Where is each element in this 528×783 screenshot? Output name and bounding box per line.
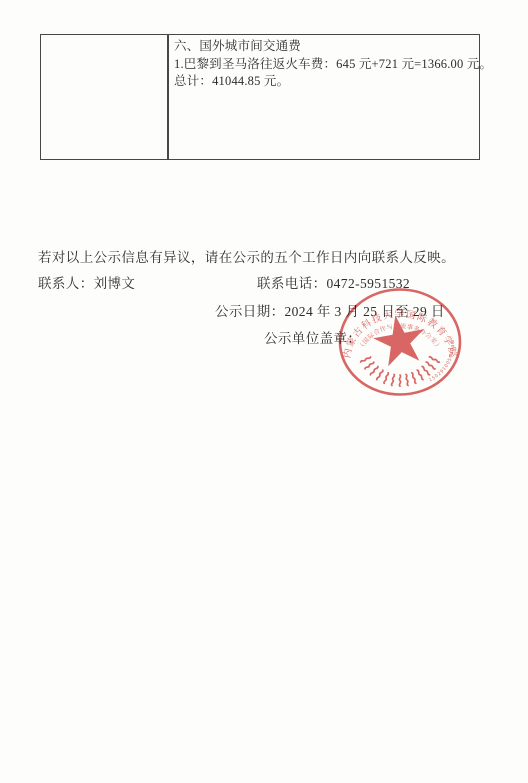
scanned-document-page: 六、国外城市间交通费 1.巴黎到圣马洛往返火车费：645 元+721 元=136…	[0, 0, 528, 783]
table-left-cell	[41, 35, 167, 159]
table-right-cell: 六、国外城市间交通费 1.巴黎到圣马洛往返火车费：645 元+721 元=136…	[174, 38, 477, 91]
official-seal-stamp: 内蒙古科技大学国际教育学院 （国际合作与交流事务办公室） 15029100594…	[334, 283, 466, 401]
expense-table: 六、国外城市间交通费 1.巴黎到圣马洛往返火车费：645 元+721 元=136…	[40, 34, 480, 160]
svg-text:15029100594048: 15029100594048	[428, 340, 456, 383]
table-column-divider	[167, 35, 169, 159]
table-line-item: 1.巴黎到圣马洛往返火车费：645 元+721 元=1366.00 元。	[174, 56, 477, 74]
contact-person-text: 联系人：刘博文	[38, 272, 135, 292]
seal-mongolian-script	[360, 356, 439, 386]
table-line-total: 总计：41044.85 元。	[174, 73, 477, 91]
objection-notice-text: 若对以上公示信息有异议，请在公示的五个工作日内向联系人反映。	[38, 246, 455, 266]
table-line-category: 六、国外城市间交通费	[174, 38, 477, 56]
seal-serial-number: 15029100594048	[428, 340, 456, 383]
